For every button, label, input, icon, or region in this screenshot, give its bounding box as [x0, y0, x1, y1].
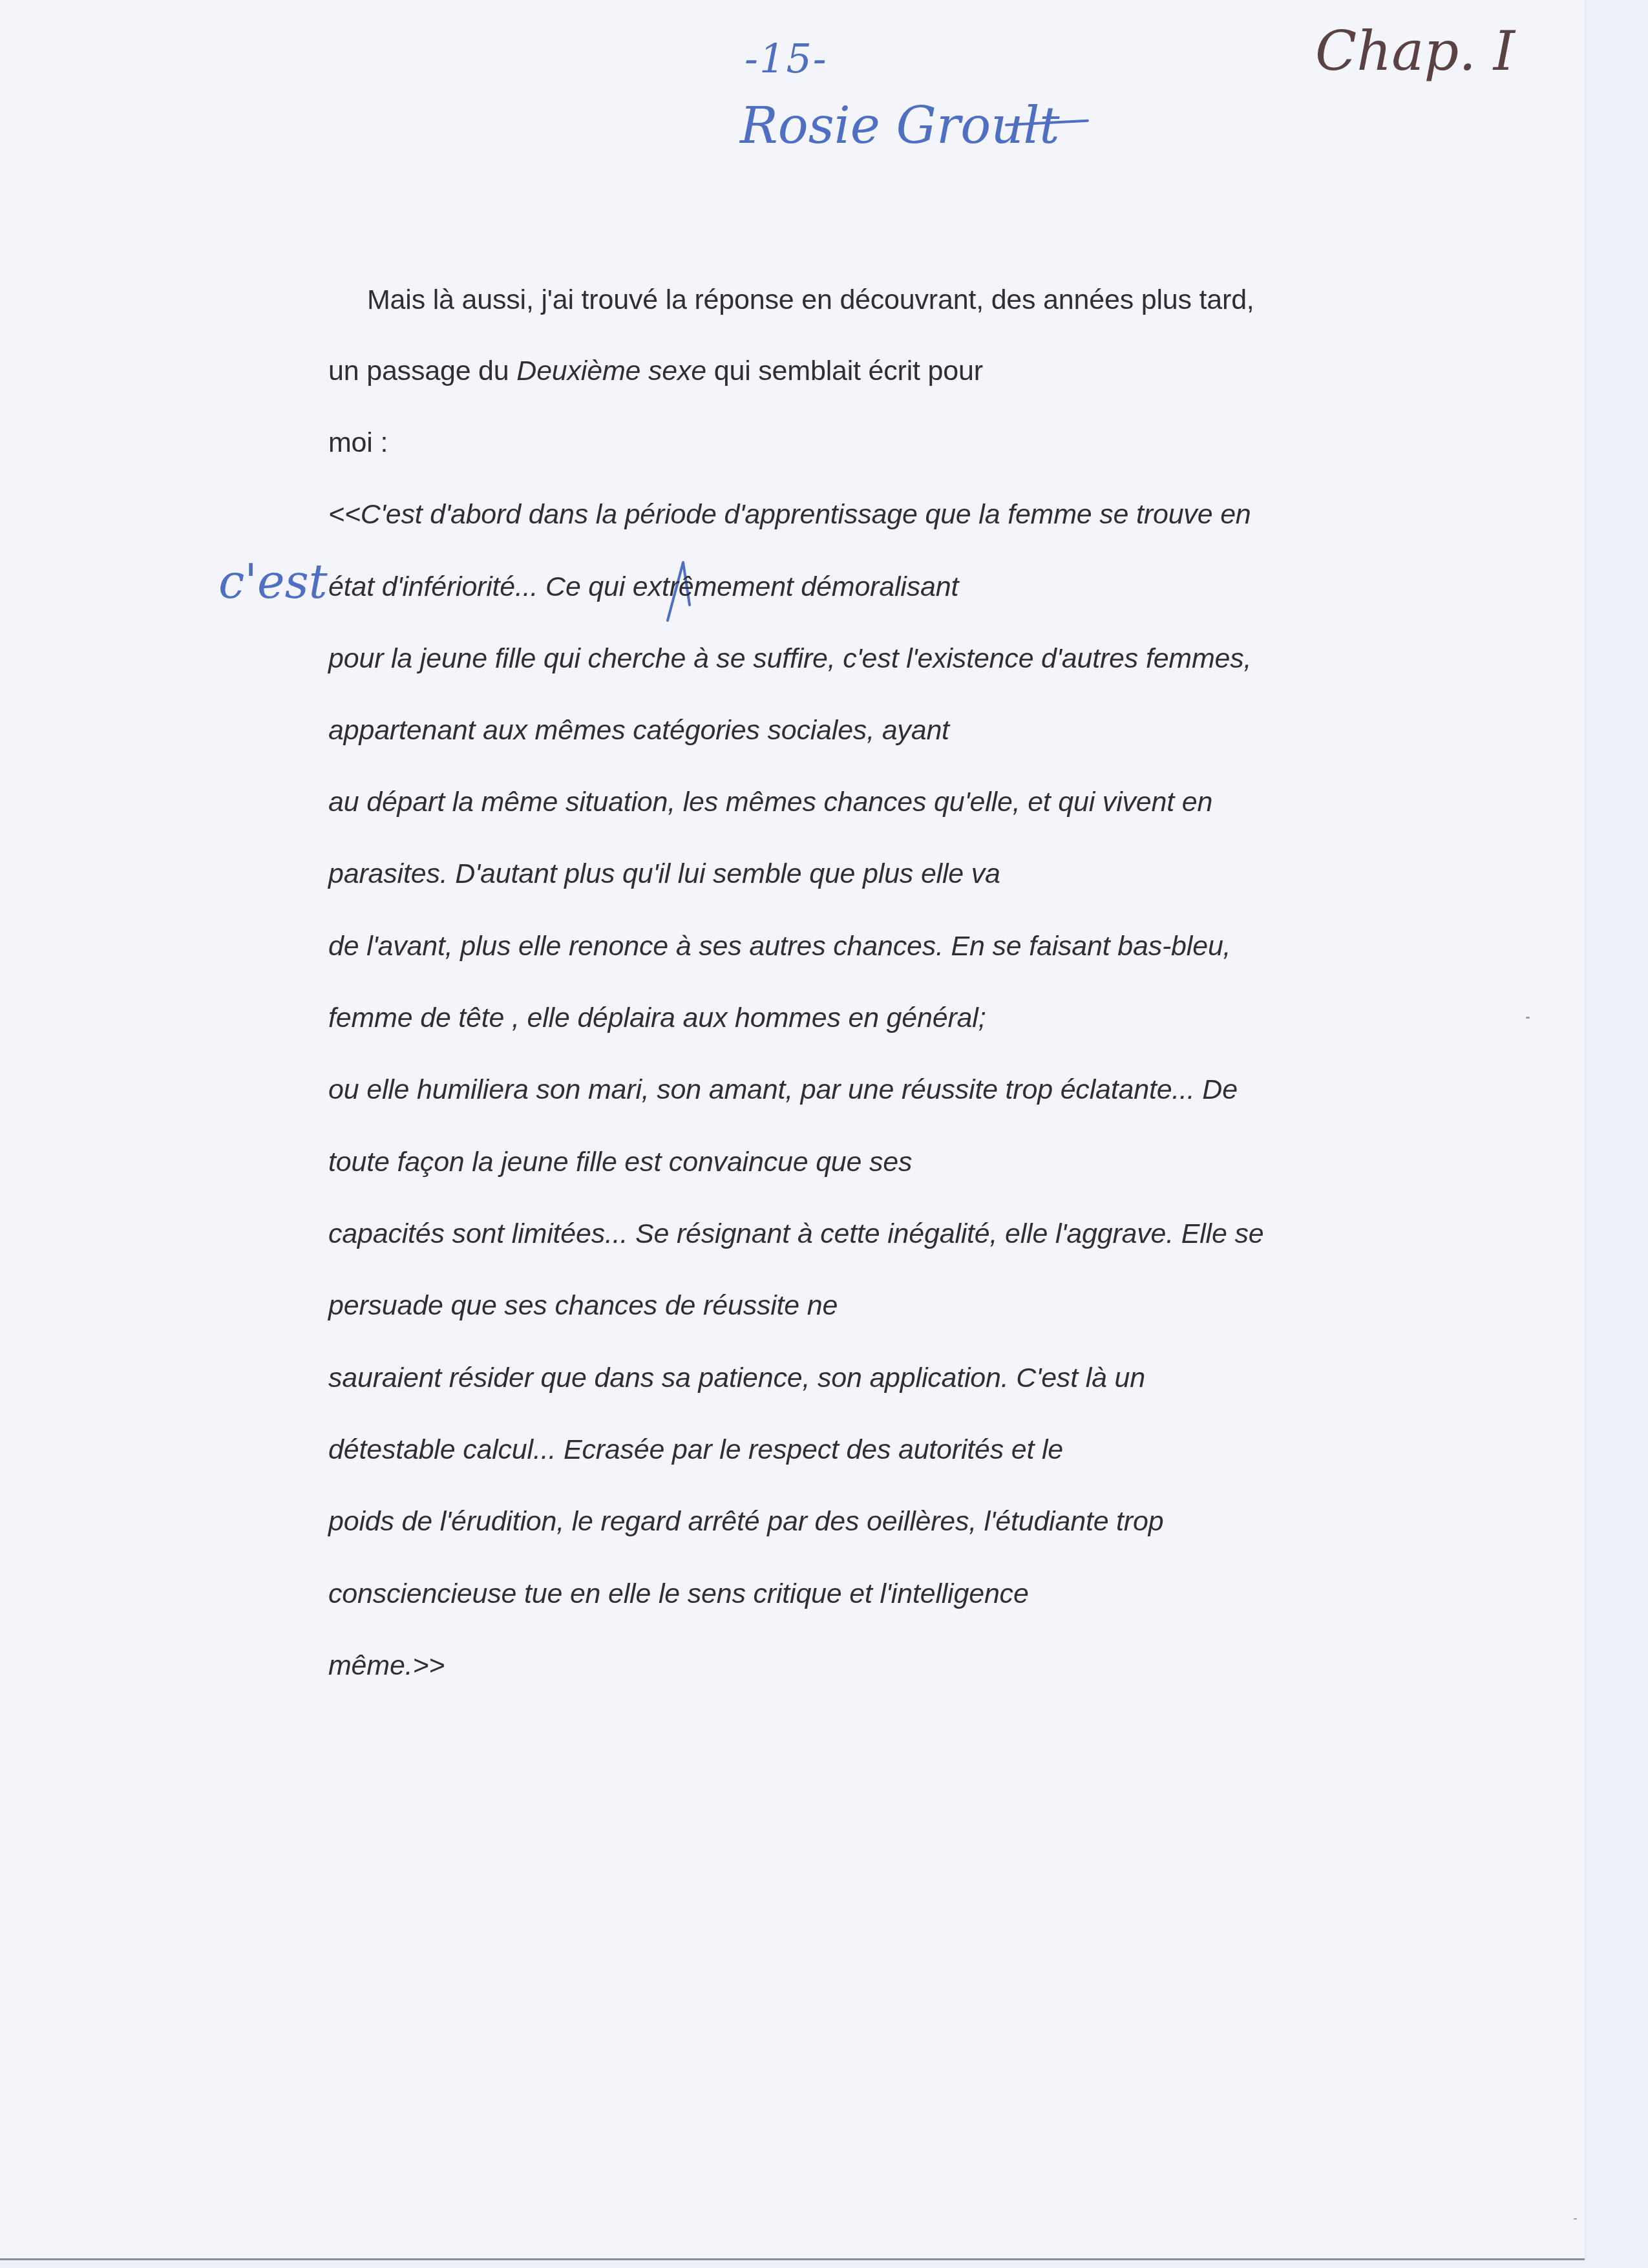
quote-line: appartenant aux mêmes catégories sociale…	[328, 715, 949, 747]
quote-line: poids de l'érudition, le regard arrêté p…	[328, 1506, 1163, 1538]
intro-line-1: Mais là aussi, j'ai trouvé la réponse en…	[367, 284, 1254, 316]
intro-line-2: un passage du Deuxième sexe qui semblait…	[328, 355, 983, 387]
quote-line: femme de tête , elle déplaira aux hommes…	[328, 1002, 986, 1034]
quote-line: toute façon la jeune fille est convaincu…	[328, 1147, 912, 1178]
intro-line-2-before: un passage du	[328, 355, 516, 387]
scan-speck	[1574, 2218, 1577, 2220]
quote-line: capacités sont limitées... Se résignant …	[328, 1218, 1263, 1250]
book-title: Deuxième sexe	[516, 355, 706, 387]
document-body: Mais là aussi, j'ai trouvé la réponse en…	[0, 0, 1648, 2268]
quote-line: ou elle humiliera son mari, son amant, p…	[328, 1074, 1238, 1106]
quote-line: de l'avant, plus elle renonce à ses autr…	[328, 931, 1231, 962]
quote-line: détestable calcul... Ecrasée par le resp…	[328, 1434, 1063, 1466]
quote-line: sauraient résider que dans sa patience, …	[328, 1362, 1145, 1394]
quote-line: parasites. D'autant plus qu'il lui sembl…	[328, 858, 1000, 890]
scan-speck	[1526, 1017, 1530, 1019]
quote-line: même.>>	[328, 1650, 445, 1682]
quote-line: au départ la même situation, les mêmes c…	[328, 787, 1212, 818]
quote-line: consciencieuse tue en elle le sens criti…	[328, 1578, 1029, 1610]
quote-line: persuade que ses chances de réussite ne	[328, 1290, 838, 1322]
quote-line: <<C'est d'abord dans la période d'appren…	[328, 499, 1251, 531]
quote-line: état d'infériorité... Ce qui extrêmement…	[328, 571, 958, 603]
intro-line-2-after: qui semblait écrit pour	[706, 355, 983, 387]
quote-line: pour la jeune fille qui cherche à se suf…	[328, 643, 1251, 675]
intro-line-3: moi :	[328, 427, 388, 459]
